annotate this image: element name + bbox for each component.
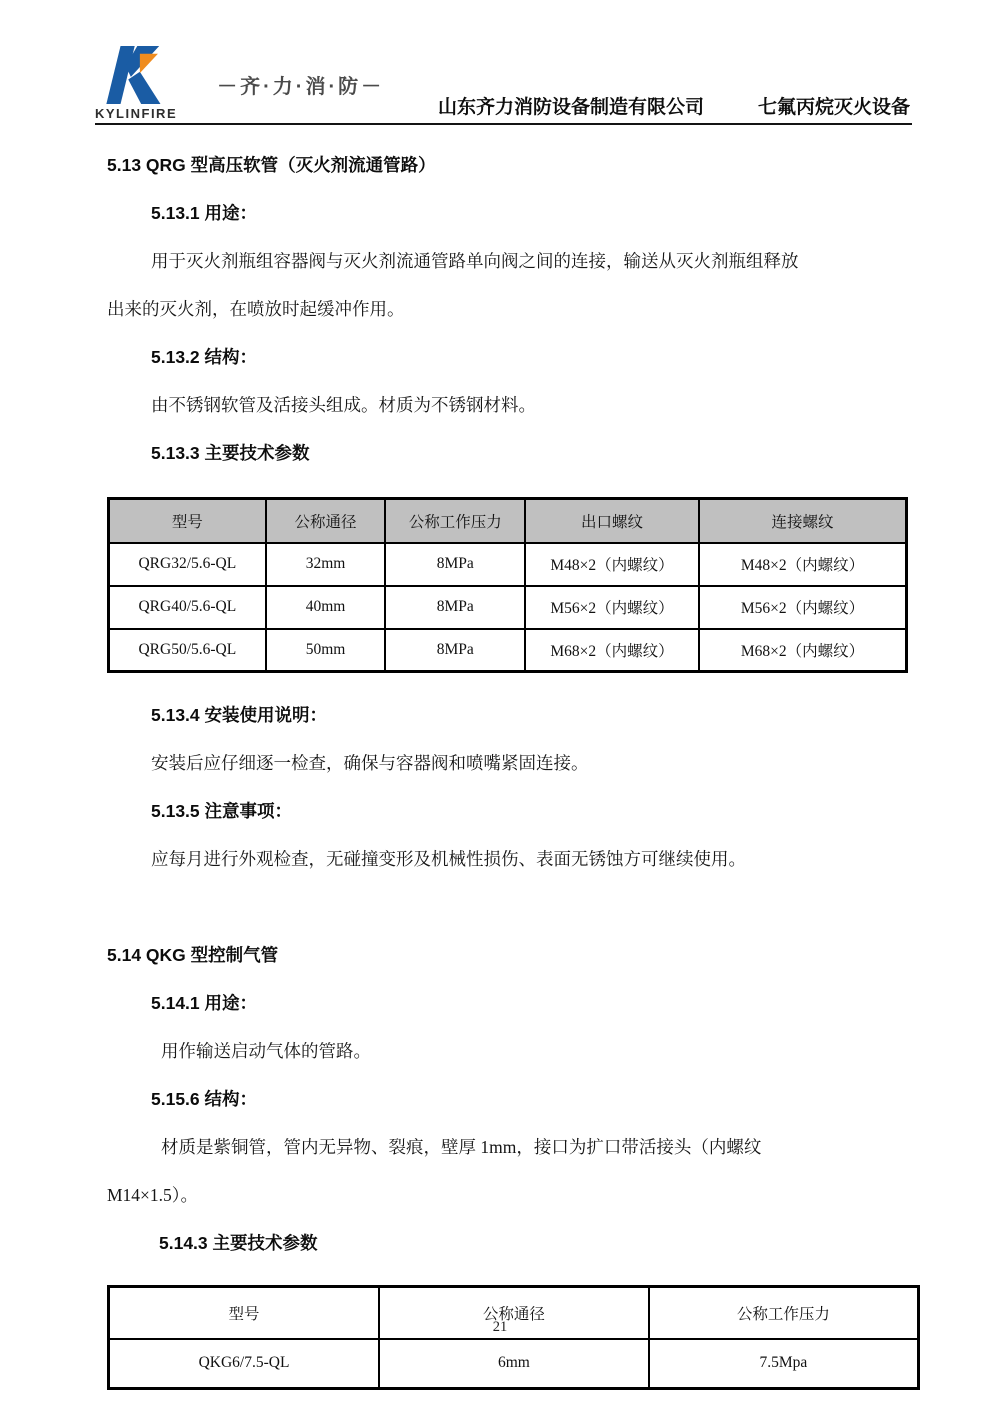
document-page: KYLINFIRE －齐·力·消·防－ 山东齐力消防设备制造有限公司 七氟丙烷灭… [0, 0, 1000, 1414]
logo-brand-text: KYLINFIRE [95, 106, 177, 121]
section-5-13-title: 5.13 QRG 型高压软管（灭火剂流通管路） [107, 141, 908, 189]
paragraph-5-13-4: 安装后应仔细逐一检查，确保与容器阀和喷嘴紧固连接。 [107, 739, 908, 787]
table-cell: M56×2（内螺纹） [525, 586, 699, 629]
page-header: KYLINFIRE －齐·力·消·防－ 山东齐力消防设备制造有限公司 七氟丙烷灭… [0, 0, 1000, 121]
table-cell: 40mm [266, 586, 386, 629]
column-header: 出口螺纹 [525, 499, 699, 543]
table-cell: QRG32/5.6-QL [109, 543, 266, 586]
heading-5-13-3: 5.13.3 主要技术参数 [151, 429, 908, 477]
heading-5-13-4: 5.13.4 安装使用说明： [151, 691, 908, 739]
heading-5-13-5: 5.13.5 注意事项： [151, 787, 908, 835]
table-cell: 32mm [266, 543, 386, 586]
column-header: 连接螺纹 [699, 499, 907, 543]
qkg-parameters-table-wrap: 型号 公称通径 公称工作压力 QKG6/7.5-QL 6mm 7.5Mpa [107, 1285, 920, 1390]
table-cell: QKG6/7.5-QL [109, 1339, 380, 1389]
paragraph-5-15-6: 材质是紫铜管，管内无异物、裂痕，壁厚 1mm，接口为扩口带活接头（内螺纹 M14… [107, 1123, 908, 1219]
table-cell: M48×2（内螺纹） [699, 543, 907, 586]
heading-5-14-3: 5.14.3 主要技术参数 [159, 1219, 908, 1267]
column-header: 型号 [109, 499, 266, 543]
logo-block: KYLINFIRE －齐·力·消·防－ [95, 46, 384, 121]
qrg-parameters-table-wrap: 型号 公称通径 公称工作压力 出口螺纹 连接螺纹 QRG32/5.6-QL 32… [107, 497, 908, 673]
table-row: QKG6/7.5-QL 6mm 7.5Mpa [109, 1339, 919, 1389]
column-header: 公称通径 [266, 499, 386, 543]
table-cell: 50mm [266, 629, 386, 672]
kylinfire-logo-icon [103, 46, 169, 104]
table-cell: 8MPa [385, 543, 525, 586]
logo-slogan: －齐·力·消·防－ [217, 70, 384, 99]
table-cell: M68×2（内螺纹） [525, 629, 699, 672]
paragraph-5-13-5: 应每月进行外观检查，无碰撞变形及机械性损伤、表面无锈蚀方可继续使用。 [107, 835, 908, 883]
paragraph-5-14-1: 用作输送启动气体的管路。 [107, 1027, 908, 1075]
qrg-parameters-table: 型号 公称通径 公称工作压力 出口螺纹 连接螺纹 QRG32/5.6-QL 32… [107, 497, 908, 673]
table-cell: 6mm [379, 1339, 649, 1389]
paragraph-5-13-2: 由不锈钢软管及活接头组成。材质为不锈钢材料。 [107, 381, 908, 429]
company-name: 山东齐力消防设备制造有限公司 [438, 92, 704, 121]
section-5-14-title: 5.14 QKG 型控制气管 [107, 931, 908, 979]
table-header-row: 型号 公称通径 公称工作压力 出口螺纹 连接螺纹 [109, 499, 907, 543]
page-number: 21 [493, 1319, 508, 1335]
table-row: QRG50/5.6-QL 50mm 8MPa M68×2（内螺纹） M68×2（… [109, 629, 907, 672]
heading-5-14-1: 5.14.1 用途： [151, 979, 908, 1027]
table-cell: M48×2（内螺纹） [525, 543, 699, 586]
table-row: QRG32/5.6-QL 32mm 8MPa M48×2（内螺纹） M48×2（… [109, 543, 907, 586]
table-cell: 7.5Mpa [649, 1339, 919, 1389]
table-cell: 8MPa [385, 586, 525, 629]
table-cell: M56×2（内螺纹） [699, 586, 907, 629]
table-cell: M68×2（内螺纹） [699, 629, 907, 672]
qkg-parameters-table: 型号 公称通径 公称工作压力 QKG6/7.5-QL 6mm 7.5Mpa [107, 1285, 920, 1390]
table-cell: QRG50/5.6-QL [109, 629, 266, 672]
heading-5-15-6: 5.15.6 结构： [151, 1075, 908, 1123]
heading-5-13-1: 5.13.1 用途： [151, 189, 908, 237]
product-name: 七氟丙烷灭火设备 [758, 92, 910, 121]
table-cell: 8MPa [385, 629, 525, 672]
document-content: 5.13 QRG 型高压软管（灭火剂流通管路） 5.13.1 用途： 用于灭火剂… [0, 125, 1000, 1390]
page-footer: 21 [0, 1319, 1000, 1336]
paragraph-5-13-1: 用于灭火剂瓶组容器阀与灭火剂流通管路单向阀之间的连接，输送从灭火剂瓶组释放 出来… [107, 237, 908, 333]
table-cell: QRG40/5.6-QL [109, 586, 266, 629]
blank-line [107, 883, 908, 931]
table-row: QRG40/5.6-QL 40mm 8MPa M56×2（内螺纹） M56×2（… [109, 586, 907, 629]
column-header: 公称工作压力 [385, 499, 525, 543]
heading-5-13-2: 5.13.2 结构： [151, 333, 908, 381]
